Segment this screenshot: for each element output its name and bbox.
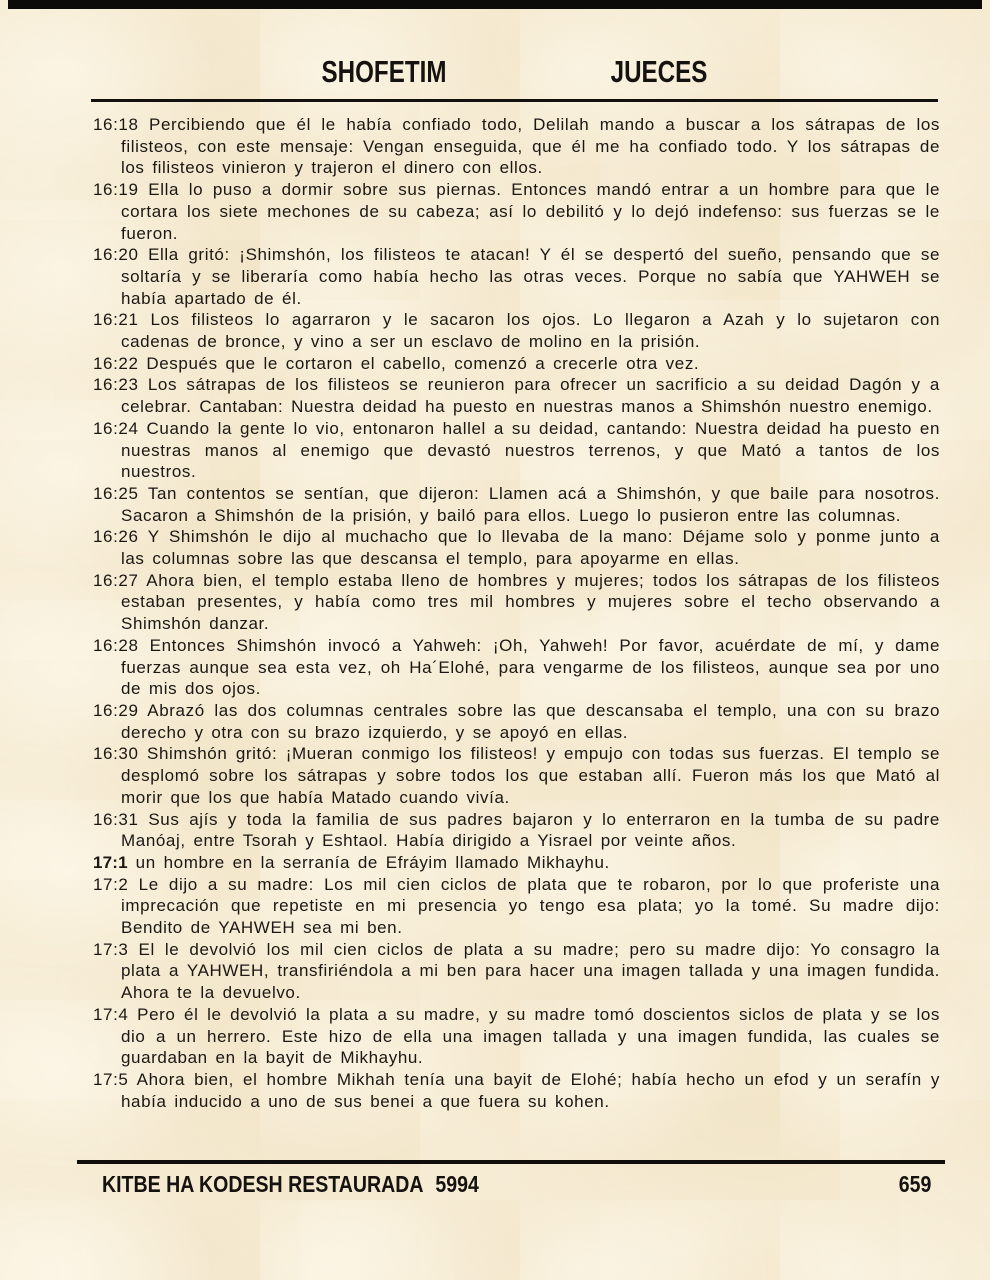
- verse-number: 16:26: [93, 527, 139, 546]
- verse-text: Percibiendo que él le había confiado tod…: [121, 115, 940, 177]
- verse-text: Sus ajís y toda la familia de sus padres…: [121, 810, 940, 851]
- verse-text: Después que le cortaron el cabello, come…: [146, 354, 699, 373]
- verse-text: Cuando la gente lo vio, entonaron hallel…: [121, 419, 940, 481]
- verse-number: 16:18: [93, 115, 139, 134]
- page-footer: KITBE HA KODESH RESTAURADA 5994 659: [77, 1171, 945, 1198]
- verse-number: 16:20: [93, 245, 139, 264]
- verse-paragraph: 16:28 Entonces Shimshón invocó a Yahweh:…: [93, 635, 940, 700]
- scanned-book-page: SHOFETIM JUECES 16:18 Percibiendo que él…: [0, 0, 990, 1280]
- verse-text: Ahora bien, el templo estaba lleno de ho…: [121, 571, 940, 633]
- verse-paragraph: 16:21 Los filisteos lo agarraron y le sa…: [93, 309, 940, 352]
- verse-text: Tan contentos se sentían, que dijeron: L…: [121, 484, 940, 525]
- verse-number: 16:31: [93, 810, 139, 829]
- verse-number: 16:30: [93, 744, 139, 763]
- header-title-spanish: JUECES: [611, 54, 708, 90]
- verse-paragraph: 17:3 El le devolvió los mil cien ciclos …: [93, 939, 940, 1004]
- verse-number: 16:22: [93, 354, 139, 373]
- verse-text: Le dijo a su madre: Los mil cien ciclos …: [121, 875, 940, 937]
- verse-text: Ella lo puso a dormir sobre sus piernas.…: [121, 180, 940, 242]
- verse-number: 17:3: [93, 940, 129, 959]
- verse-number: 16:23: [93, 375, 139, 394]
- verse-number: 17:2: [93, 875, 129, 894]
- verse-paragraph: 16:20 Ella gritó: ¡Shimshón, los filiste…: [93, 244, 940, 309]
- verse-text: un hombre en la serranía de Efráyim llam…: [136, 853, 610, 872]
- footer-year: 5994: [435, 1171, 478, 1198]
- verse-paragraph: 16:22 Después que le cortaron el cabello…: [93, 353, 940, 375]
- verse-text: Ahora bien, el hombre Mikhah tenía una b…: [121, 1070, 940, 1111]
- verse-paragraph: 16:23 Los sátrapas de los filisteos se r…: [93, 374, 940, 417]
- verse-paragraph: 17:1 un hombre en la serranía de Efráyim…: [93, 852, 940, 874]
- verse-paragraph: 16:25 Tan contentos se sentían, que dije…: [93, 483, 940, 526]
- verse-number: 16:19: [93, 180, 139, 199]
- verse-text: Los filisteos lo agarraron y le sacaron …: [121, 310, 940, 351]
- verse-number: 17:4: [93, 1005, 129, 1024]
- verse-paragraph: 16:29 Abrazó las dos columnas centrales …: [93, 700, 940, 743]
- verse-paragraph: 17:2 Le dijo a su madre: Los mil cien ci…: [93, 874, 940, 939]
- verse-paragraph: 16:24 Cuando la gente lo vio, entonaron …: [93, 418, 940, 483]
- verse-number: 16:29: [93, 701, 139, 720]
- verse-number: 17:5: [93, 1070, 129, 1089]
- verse-text: El le devolvió los mil cien ciclos de pl…: [121, 940, 940, 1002]
- page-header: SHOFETIM JUECES: [0, 54, 990, 88]
- verse-paragraph: 16:26 Y Shimshón le dijo al muchacho que…: [93, 526, 940, 569]
- verse-text: Ella gritó: ¡Shimshón, los filisteos te …: [121, 245, 940, 307]
- verse-number: 16:28: [93, 636, 139, 655]
- verse-number: 16:25: [93, 484, 139, 503]
- verse-number: 17:1: [93, 853, 128, 872]
- verse-paragraph: 16:27 Ahora bien, el templo estaba lleno…: [93, 570, 940, 635]
- verse-text: Entonces Shimshón invocó a Yahweh: ¡Oh, …: [121, 636, 940, 698]
- verse-text: Shimshón gritó: ¡Mueran conmigo los fili…: [121, 744, 940, 806]
- footer-title-text: KITBE HA KODESH RESTAURADA: [102, 1171, 423, 1198]
- verse-paragraph: 16:30 Shimshón gritó: ¡Mueran conmigo lo…: [93, 743, 940, 808]
- page-number: 659: [898, 1171, 931, 1198]
- footer-book-title: KITBE HA KODESH RESTAURADA 5994: [102, 1171, 479, 1198]
- verse-text: Y Shimshón le dijo al muchacho que lo ll…: [121, 527, 940, 568]
- verse-number: 16:27: [93, 571, 139, 590]
- footer-rule: [77, 1160, 945, 1164]
- header-rule: [91, 99, 938, 102]
- verse-paragraph: 16:19 Ella lo puso a dormir sobre sus pi…: [93, 179, 940, 244]
- verse-list: 16:18 Percibiendo que él le había confia…: [93, 114, 940, 1160]
- verse-paragraph: 16:18 Percibiendo que él le había confia…: [93, 114, 940, 179]
- verse-text: Abrazó las dos columnas centrales sobre …: [121, 701, 940, 742]
- page-top-border: [8, 0, 982, 9]
- verse-text: Los sátrapas de los filisteos se reunier…: [121, 375, 940, 416]
- header-title-hebrew: SHOFETIM: [322, 54, 447, 90]
- verse-paragraph: 17:5 Ahora bien, el hombre Mikhah tenía …: [93, 1069, 940, 1112]
- verse-number: 16:24: [93, 419, 139, 438]
- verse-paragraph: 16:31 Sus ajís y toda la familia de sus …: [93, 809, 940, 852]
- verse-paragraph: 17:4 Pero él le devolvió la plata a su m…: [93, 1004, 940, 1069]
- verse-number: 16:21: [93, 310, 139, 329]
- verse-text: Pero él le devolvió la plata a su madre,…: [121, 1005, 940, 1067]
